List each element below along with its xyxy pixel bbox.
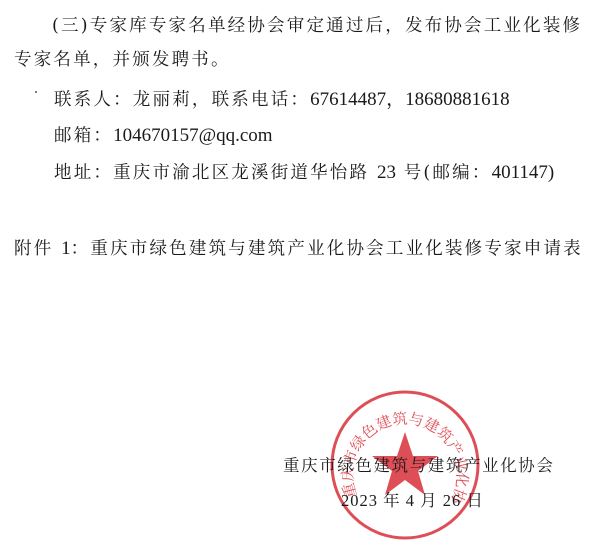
document-date: 2023 年 4 月 26 日 — [341, 490, 484, 512]
attachment-line: 附件 1：重庆市绿色建筑与建筑产业化协会工业化装修专家申请表 — [14, 238, 583, 260]
address-number: 23 — [377, 162, 396, 183]
contact-label: 联系人：龙丽莉，联系电话： — [54, 90, 310, 110]
address-line: 地址：重庆市渝北区龙溪街道华怡路 23 号(邮编：401147) — [54, 162, 554, 184]
address-label: 地址：重庆市渝北区龙溪街道华怡路 — [54, 163, 369, 183]
paragraph-3-line-1: (三)专家库专家名单经协会审定通过后，发布协会工业化装修 — [52, 15, 582, 37]
email-label: 邮箱： — [54, 126, 113, 146]
email-line: 邮箱：104670157@qq.com — [54, 125, 273, 147]
attachment-label: 附件 — [14, 239, 53, 259]
organization-name: 重庆市绿色建筑与建筑产业化协会 — [283, 455, 555, 477]
contact-phones: 67614487，18680881618 — [310, 89, 510, 110]
paragraph-3-line-2: 专家名单，并颁发聘书。 — [14, 49, 231, 71]
address-rest: 号(邮编： — [404, 163, 492, 183]
attachment-title: ：重庆市绿色建筑与建筑产业化协会工业化装修专家申请表 — [71, 239, 583, 259]
attachment-number: 1 — [61, 238, 71, 259]
scan-speck — [35, 91, 37, 93]
email-value: 104670157@qq.com — [113, 125, 272, 146]
contact-line: 联系人：龙丽莉，联系电话：67614487，18680881618 — [54, 89, 510, 111]
address-postcode: 401147) — [492, 162, 555, 183]
